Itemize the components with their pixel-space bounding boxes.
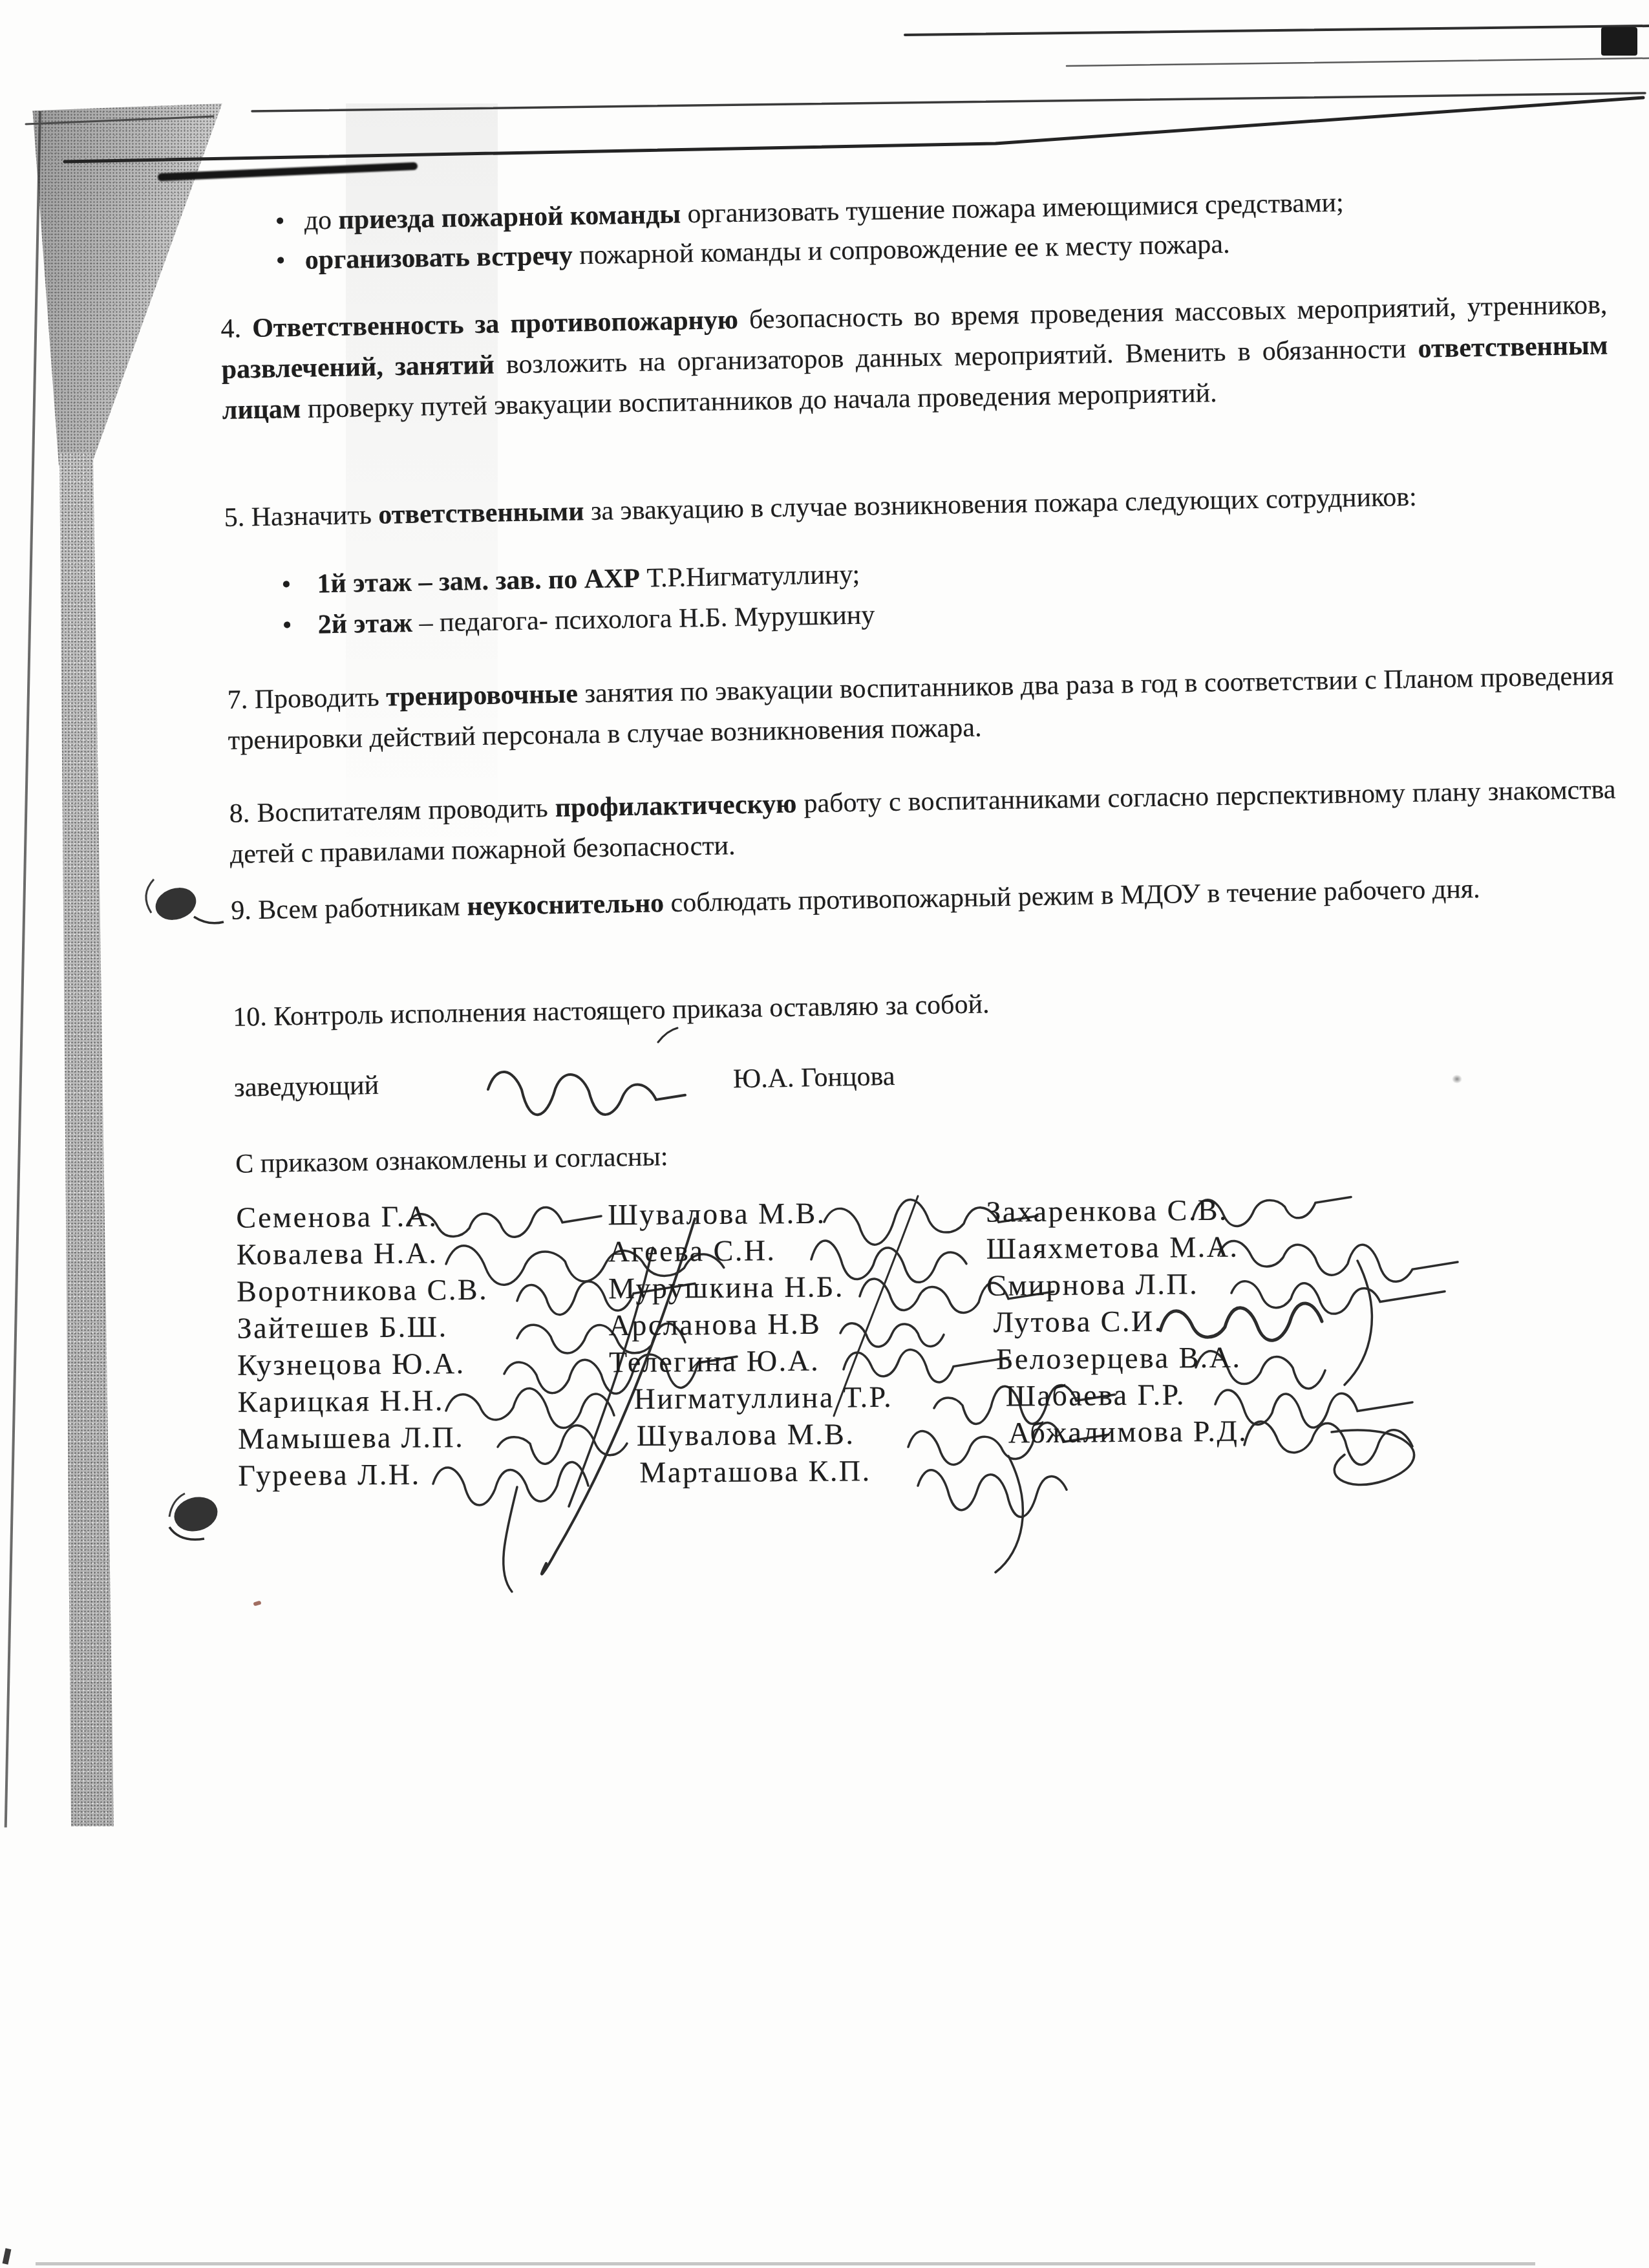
bottom-scan-line [36,2262,1535,2265]
paragraph-5: 5. Назначить ответственными за эвакуацию… [224,473,1611,538]
signatory-name: Лутова С.И. [986,1300,1247,1338]
text-segment: соблюдать противопожарный режим в МДОУ в… [664,874,1480,918]
signatory-column-1: Семенова Г.А.Ковалева Н.А.Воротникова С.… [236,1195,489,1492]
text-segment: тренировочные [386,679,578,712]
signatory-name: Шувалова М.В. [608,1192,891,1231]
scan-corner-blob [1601,27,1637,56]
signatory-name: Захаренкова С.В. [986,1189,1246,1228]
paragraph-9: 9. Всем работникам неукоснительно соблюд… [231,866,1618,931]
signatory-name: Воротникова С.В. [237,1269,488,1308]
signatory-name: Шаяхметова М.А. [986,1226,1246,1265]
intro-bullet-list: до приезда пожарной команды организовать… [218,179,1606,282]
paragraph-10: 10. Контроль исполнения настоящего прика… [233,973,1620,1038]
signatory-name: Марташова К.П. [610,1450,893,1489]
text-segment: 7. Проводить [227,683,386,715]
signoff-role: заведующий [234,1071,379,1103]
signatory-name: Карицкая Н.Н. [237,1380,489,1418]
text-segment: организовать тушение пожара имеющимися с… [681,188,1344,230]
text-segment: Т.Р.Нигматуллину; [640,560,860,594]
signatory-name: Шабаева Г.Р. [987,1373,1248,1412]
signatory-name: Белозерцева В.А. [987,1336,1248,1375]
signatory-name: Ковалева Н.А. [237,1232,488,1271]
text-segment: 4. [220,314,252,344]
signatory-column-2: Шувалова М.В.Агеева С.Н.Мурушкина Н.Б.Ар… [608,1192,893,1489]
text-segment: 9. Всем работникам [231,892,467,925]
text-segment: безопасность во время проведения массовы… [738,290,1607,335]
signatory-name: Зайтешев Б.Ш. [237,1306,488,1345]
text-segment: пожарной команды и сопровождение ее к ме… [572,230,1230,271]
text-segment: возложить на организаторов данных меропр… [494,334,1418,380]
top-right-line [905,26,1649,35]
signatory-name: Телегина Ю.А. [609,1340,893,1378]
hole-punch-mark [169,1492,222,1539]
signatory-name: Гуреева Л.Н. [238,1453,489,1492]
text-segment: ответственными [378,497,584,530]
bottom-corner-mark [3,2248,12,2264]
paragraph-7: 7. Проводить тренировочные занятия по эв… [227,656,1615,761]
page-edge-line [65,98,1643,162]
top-right-thin-line [1067,58,1649,66]
paragraph-4: 4. Ответственность за противопожарную бе… [220,285,1609,431]
hole-punch-mark [146,879,224,925]
text-segment: 10. Контроль исполнения настоящего прика… [233,989,990,1032]
signatory-name: Семенова Г.А. [236,1195,487,1234]
text-segment: Ответственность за противопожарную [252,305,738,343]
acknowledgement-line: С приказом ознакомлены и согласны: [235,1120,1622,1184]
signatory-name: Абжалимова Р.Д. [988,1410,1248,1449]
text-segment: 2й этаж [317,608,412,640]
text-segment: 5. Назначить [224,500,378,533]
text-segment: приезда пожарной команды [338,200,681,235]
signatory-column-3: Захаренкова С.В.Шаяхметова М.А.Смирнова … [986,1189,1248,1449]
bullet-text: 1й этаж – зам. зав. по АХР Т.Р.Нигматулл… [317,560,860,599]
text-segment: за эвакуацию в случае возникновения пожа… [584,482,1417,526]
signatory-name: Мамышева Л.П. [238,1417,489,1455]
signatory-name: Кузнецова Ю.А. [237,1343,489,1382]
signoff-name: Ю.А. Гонцова [732,1056,895,1100]
text-segment: развлечений, занятий [221,350,495,385]
floor-assignment-list: 1й этаж – зам. зав. по АХР Т.Р.Нигматулл… [225,541,1613,647]
signatory-name: Шувалова М.В. [610,1413,893,1452]
text-segment: неукоснительно [467,888,664,921]
signoff-line: заведующий Ю.А. Гонцова [234,1043,1621,1113]
signatories-block: Семенова Г.А.Ковалева Н.А.Воротникова С.… [236,1186,1626,1689]
signatory-name: Арсланова Н.В [608,1303,892,1342]
scanned-order-document: { "colors":{"paper":"#fdfdfc","ink":"#1e… [0,0,1649,2268]
paragraph-8: 8. Воспитателям проводить профилактическ… [229,769,1617,875]
text-segment: 8. Воспитателям проводить [229,793,555,829]
signatory-name: Нигматуллина Т.Р. [609,1376,893,1415]
text-segment: организовать встречу [304,241,573,275]
text-segment: профилактическую [555,789,796,824]
page-fold-line [5,111,41,1828]
scan-edge-shadow-band [54,453,119,1826]
text-segment: проверку путей эвакуации воспитанников д… [301,378,1217,424]
signatory-name: Агеева С.Н. [608,1229,892,1268]
signatory-name: Смирнова Л.П. [986,1263,1247,1301]
scan-edge-shadow-wedge [25,103,226,465]
bullet-text: 2й этаж – педагога- психолога Н.Б. Муруш… [317,600,875,639]
text-segment: до [304,206,339,236]
signatory-name: Мурушкина Н.Б. [608,1266,892,1305]
text-segment: 1й этаж – зам. зав. по АХР [317,564,640,599]
text-segment: – педагога- психолога Н.Б. Мурушкину [412,600,875,637]
document-content: до приезда пожарной команды организовать… [218,169,1633,1616]
